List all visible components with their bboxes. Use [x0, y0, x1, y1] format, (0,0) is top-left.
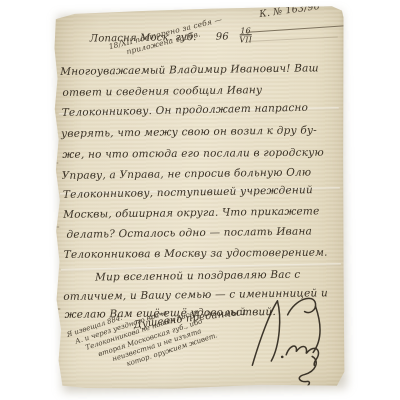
signature-stroke [298, 356, 316, 389]
signature-stroke [286, 346, 319, 366]
letter-photo: Лопасня Моск. губ. 96 16 VII К. № 163/96… [0, 0, 400, 400]
signature-dot [281, 356, 284, 359]
signature [241, 290, 338, 393]
edge-tear [53, 132, 58, 134]
signature-stroke [287, 298, 315, 315]
edge-tear [56, 308, 61, 310]
body-line: же, но что отсюда его послали в городску… [62, 147, 324, 161]
signature-stroke [313, 306, 321, 352]
body-line: Телоконникова в Москву за удостоверением… [64, 247, 328, 261]
edge-tear [54, 226, 59, 228]
letter-paper: Лопасня Моск. губ. 96 16 VII К. № 163/96… [51, 6, 348, 391]
dateline-month: VII [239, 34, 252, 43]
edge-tear [53, 162, 58, 164]
